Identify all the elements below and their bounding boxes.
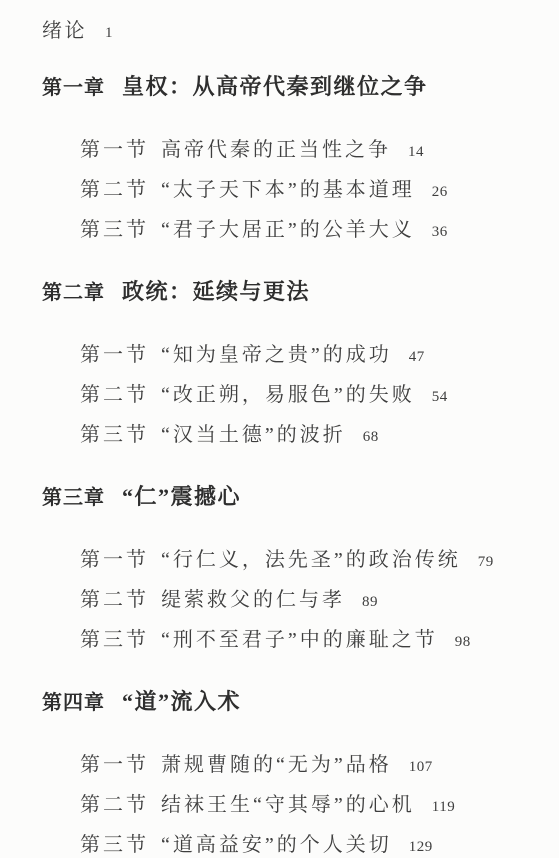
section-number: 第三节	[80, 424, 149, 446]
section-page-number: 98	[455, 634, 471, 650]
section-entry: 第三节“汉当土德”的波折68	[80, 416, 549, 456]
section-title: 结袜王生“守其辱”的心机	[161, 794, 415, 816]
section-number: 第二节	[80, 384, 149, 406]
chapter-heading: 第四章“道”流入术	[42, 687, 549, 718]
toc-page: 绪论1 第一章皇权：从高帝代秦到继位之争 第一节高帝代秦的正当性之争14 第二节…	[0, 0, 559, 858]
section-page-number: 89	[362, 594, 378, 610]
section-entry: 第二节结袜王生“守其辱”的心机119	[80, 786, 549, 826]
section-number: 第二节	[80, 794, 149, 816]
section-number: 第二节	[80, 179, 149, 201]
section-entry: 第三节“刑不至君子”中的廉耻之节98	[80, 621, 549, 661]
section-title: “道高益安”的个人关切	[161, 834, 392, 856]
section-page-number: 68	[363, 429, 379, 445]
section-page-number: 129	[409, 839, 433, 855]
section-list: 第一节高帝代秦的正当性之争14 第二节“太子天下本”的基本道理26 第三节“君子…	[42, 131, 549, 251]
section-title: 缇萦救父的仁与孝	[161, 589, 345, 611]
section-title: “行仁义，法先圣”的政治传统	[161, 549, 461, 571]
intro-page-number: 1	[105, 25, 113, 41]
section-page-number: 47	[409, 349, 425, 365]
section-page-number: 79	[478, 554, 494, 570]
section-entry: 第三节“君子大居正”的公羊大义36	[80, 211, 549, 251]
chapter-title: “仁”震撼心	[122, 484, 241, 509]
chapter-title: “道”流入术	[122, 689, 241, 714]
section-title: 高帝代秦的正当性之争	[161, 139, 391, 161]
chapter-heading: 第三章“仁”震撼心	[42, 482, 549, 513]
section-number: 第一节	[80, 754, 149, 776]
chapter-heading: 第二章政统：延续与更法	[42, 277, 549, 308]
section-title: “君子大居正”的公羊大义	[161, 219, 415, 241]
section-entry: 第一节萧规曹随的“无为”品格107	[80, 746, 549, 786]
section-title: 萧规曹随的“无为”品格	[161, 754, 392, 776]
chapter-number: 第一章	[42, 77, 105, 99]
section-page-number: 119	[432, 799, 455, 815]
section-title: “知为皇帝之贵”的成功	[161, 344, 392, 366]
section-page-number: 36	[432, 224, 448, 240]
chapter-number: 第三章	[42, 487, 105, 509]
intro-label: 绪论	[42, 20, 87, 42]
section-title: “改正朔，易服色”的失败	[161, 384, 415, 406]
section-entry: 第一节高帝代秦的正当性之争14	[80, 131, 549, 171]
chapter-title: 皇权：从高帝代秦到继位之争	[122, 74, 428, 99]
section-title: “刑不至君子”中的廉耻之节	[161, 629, 438, 651]
section-list: 第一节“行仁义，法先圣”的政治传统79 第二节缇萦救父的仁与孝89 第三节“刑不…	[42, 541, 549, 661]
chapter-block-2: 第二章政统：延续与更法 第一节“知为皇帝之贵”的成功47 第二节“改正朔，易服色…	[42, 277, 549, 456]
chapter-number: 第二章	[42, 282, 105, 304]
chapter-number: 第四章	[42, 692, 105, 714]
section-entry: 第一节“行仁义，法先圣”的政治传统79	[80, 541, 549, 581]
section-number: 第三节	[80, 629, 149, 651]
section-number: 第三节	[80, 834, 149, 856]
chapter-heading: 第一章皇权：从高帝代秦到继位之争	[42, 72, 549, 103]
section-entry: 第二节缇萦救父的仁与孝89	[80, 581, 549, 621]
section-page-number: 26	[432, 184, 448, 200]
toc-entry-intro: 绪论1	[42, 18, 549, 46]
section-number: 第一节	[80, 344, 149, 366]
chapter-block-4: 第四章“道”流入术 第一节萧规曹随的“无为”品格107 第二节结袜王生“守其辱”…	[42, 687, 549, 858]
section-number: 第一节	[80, 549, 149, 571]
section-entry: 第一节“知为皇帝之贵”的成功47	[80, 336, 549, 376]
section-page-number: 107	[409, 759, 433, 775]
section-page-number: 54	[432, 389, 448, 405]
section-list: 第一节“知为皇帝之贵”的成功47 第二节“改正朔，易服色”的失败54 第三节“汉…	[42, 336, 549, 456]
chapter-title: 政统：延续与更法	[122, 279, 310, 304]
section-entry: 第二节“改正朔，易服色”的失败54	[80, 376, 549, 416]
section-number: 第三节	[80, 219, 149, 241]
section-page-number: 14	[408, 144, 424, 160]
section-number: 第一节	[80, 139, 149, 161]
section-title: “太子天下本”的基本道理	[161, 179, 415, 201]
section-entry: 第二节“太子天下本”的基本道理26	[80, 171, 549, 211]
section-entry: 第三节“道高益安”的个人关切129	[80, 826, 549, 858]
section-number: 第二节	[80, 589, 149, 611]
section-list: 第一节萧规曹随的“无为”品格107 第二节结袜王生“守其辱”的心机119 第三节…	[42, 746, 549, 858]
section-title: “汉当土德”的波折	[161, 424, 346, 446]
chapter-block-1: 第一章皇权：从高帝代秦到继位之争 第一节高帝代秦的正当性之争14 第二节“太子天…	[42, 72, 549, 251]
chapter-block-3: 第三章“仁”震撼心 第一节“行仁义，法先圣”的政治传统79 第二节缇萦救父的仁与…	[42, 482, 549, 661]
